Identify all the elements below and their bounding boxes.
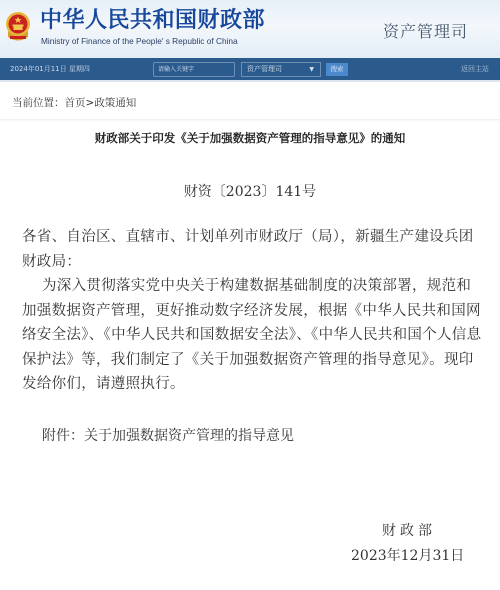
search-scope-select[interactable]: 资产管理司 ▼ [241,62,321,77]
site-subtitle: Ministry of Finance of the People' s Rep… [41,36,238,46]
chevron-down-icon: ▼ [309,63,314,76]
search-scope-value: 资产管理司 [247,65,282,73]
document-title: 财政部关于印发《关于加强数据资产管理的指导意见》的通知 [0,130,500,146]
search-button[interactable]: 搜索 [326,63,348,76]
breadcrumb: 当前位置：首页>政策通知 [0,84,500,120]
signer: 财政部 [382,520,436,540]
search-input[interactable] [153,62,235,77]
site-header: 中华人民共和国财政部 Ministry of Finance of the Pe… [0,0,500,58]
document-number: 财资〔2023〕141号 [0,181,500,201]
attachment-link[interactable]: 附件：关于加强数据资产管理的指导意见 [42,425,294,445]
document-body: 各省、自治区、直辖市、计划单列市财政厅（局），新疆生产建设兵团财政局： 为深入贯… [22,225,482,397]
signature-date: 2023年12月31日 [351,545,464,565]
breadcrumb-prefix: 当前位置： [12,97,65,109]
addressee: 各省、自治区、直辖市、计划单列市财政厅（局），新疆生产建设兵团财政局： [22,225,482,274]
body-paragraph: 为深入贯彻落实党中央关于构建数据基础制度的决策部署，规范和加强数据资产管理，更好… [22,274,482,397]
return-home-link[interactable]: 返回主站 [461,64,489,74]
department-name: 资产管理司 [383,19,468,42]
site-title[interactable]: 中华人民共和国财政部 [40,9,265,33]
breadcrumb-current-link[interactable]: 政策通知 [94,97,136,109]
national-emblem-icon [4,11,32,43]
current-date: 2024年01月11日 星期四 [10,64,90,74]
top-navbar: 2024年01月11日 星期四 资产管理司 ▼ 搜索 返回主站 [0,58,500,82]
breadcrumb-home-link[interactable]: 首页 [65,97,86,109]
breadcrumb-separator: > [86,97,95,109]
